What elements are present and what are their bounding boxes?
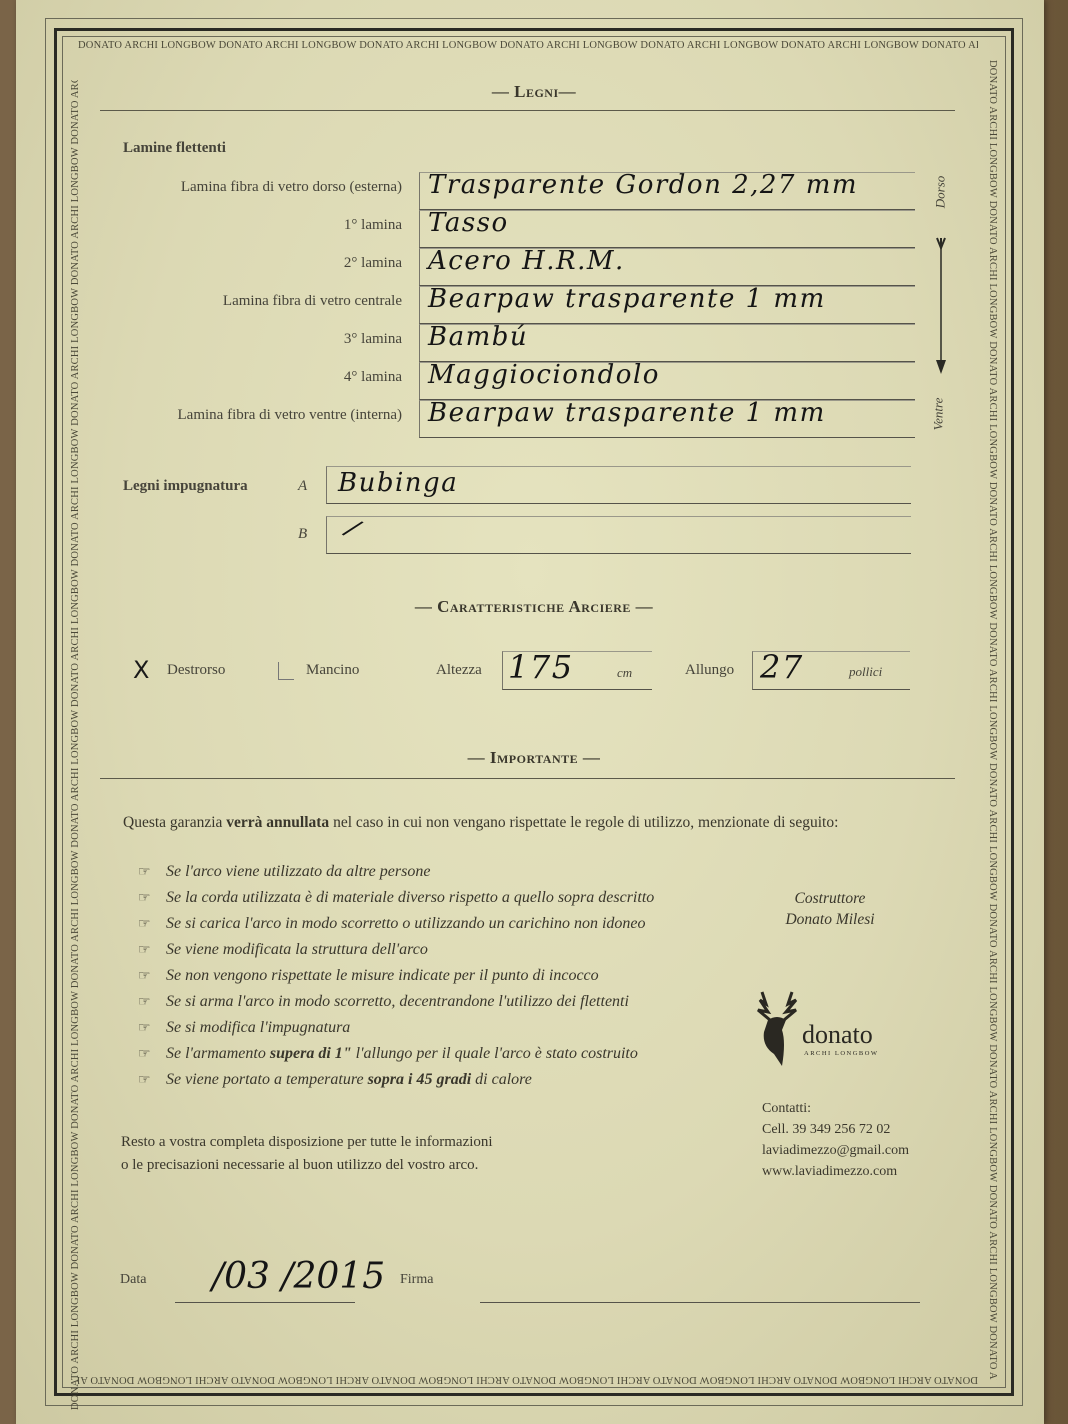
intro-text: Questa garanzia [123, 814, 226, 831]
rule-bold: supera di 1" [270, 1045, 352, 1062]
warranty-rule: ☞Se viene portato a temperature sopra i … [138, 1069, 654, 1095]
rule-text: Se non vengono rispettate le misure indi… [166, 967, 599, 984]
contacts-heading: Contatti: [762, 1098, 909, 1119]
lamina-label: 2° lamina [344, 255, 402, 272]
firma-label: Firma [400, 1272, 433, 1288]
costruttore-name: Donato Milesi [760, 909, 900, 930]
data-value[interactable]: /03 /2015 [212, 1256, 385, 1297]
brand-logo: donato ARCHI LONGBOW [752, 990, 912, 1070]
section-title-caratteristiche: — Caratteristiche Arciere — [0, 597, 1068, 617]
destrorso-label: Destrorso [167, 662, 225, 679]
impugnatura-a-label: A [298, 478, 307, 495]
closing-line-1: Resto a vostra completa disposizione per… [121, 1134, 493, 1151]
lamina-value: Tasso [428, 208, 509, 238]
pointing-hand-icon: ☞ [138, 888, 160, 910]
rule-text: Se l'arco viene utilizzato da altre pers… [166, 863, 430, 880]
lamina-label: 1° lamina [344, 217, 402, 234]
contacts-email[interactable]: laviadimezzo@gmail.com [762, 1140, 909, 1161]
section-divider [100, 110, 955, 111]
warranty-rule: ☞Se viene modificata la struttura dell'a… [138, 939, 654, 965]
intro-bold: verrà annullata [226, 814, 329, 831]
logo-name: donato [802, 1020, 873, 1050]
warranty-rule: ☞Se l'armamento supera di 1" l'allungo p… [138, 1043, 654, 1069]
pointing-hand-icon: ☞ [138, 992, 160, 1014]
altezza-value: 175 [508, 648, 574, 686]
lamina-label: Lamina fibra di vetro centrale [223, 293, 402, 310]
rule-text: Se viene modificata la struttura dell'ar… [166, 941, 428, 958]
section-title-importante: — Importante — [0, 748, 1068, 768]
lamina-value: Acero H.R.M. [428, 246, 625, 276]
direction-indicator: Dorso Ventre [930, 170, 952, 440]
lamina-value: Maggiociondolo [428, 360, 660, 390]
border-text-left: DONATO ARCHI LONGBOW DONATO ARCHI LONGBO… [70, 80, 84, 1410]
lamina-label: Lamina fibra di vetro dorso (esterna) [181, 179, 402, 196]
pointing-hand-icon: ☞ [138, 1044, 160, 1066]
contacts-website[interactable]: www.laviadimezzo.com [762, 1161, 909, 1182]
warranty-rule: ☞Se si arma l'arco in modo scorretto, de… [138, 991, 654, 1017]
rule-text: Se si arma l'arco in modo scorretto, dec… [166, 993, 629, 1010]
lamina-label: Lamina fibra di vetro ventre (interna) [178, 407, 402, 424]
impugnatura-b-field[interactable] [326, 516, 911, 554]
pointing-hand-icon: ☞ [138, 966, 160, 988]
pointing-hand-icon: ☞ [138, 1018, 160, 1040]
pointing-hand-icon: ☞ [138, 1070, 160, 1092]
firma-line[interactable] [480, 1302, 920, 1303]
warranty-rule: ☞Se la corda utilizzata è di materiale d… [138, 887, 654, 913]
data-label: Data [120, 1272, 146, 1288]
rule-text: Se l'armamento [166, 1045, 270, 1062]
lamina-value: Bearpaw trasparente 1 mm [428, 398, 826, 428]
deer-head-icon [752, 990, 802, 1070]
contacts-cell: Cell. 39 349 256 72 02 [762, 1119, 909, 1140]
warranty-rules-list: ☞Se l'arco viene utilizzato da altre per… [138, 861, 654, 1095]
warranty-rule: ☞Se l'arco viene utilizzato da altre per… [138, 861, 654, 887]
mancino-checkbox[interactable] [278, 662, 294, 680]
rule-text: Se viene portato a temperature [166, 1071, 368, 1088]
pointing-hand-icon: ☞ [138, 940, 160, 962]
rule-text-end: l'allungo per il quale l'arco è stato co… [352, 1045, 638, 1062]
impugnatura-b-label: B [298, 526, 307, 543]
section-divider [100, 778, 955, 779]
lamina-value: Bambú [428, 322, 528, 352]
data-line [175, 1302, 355, 1303]
section-title-legni: — Legni— [0, 82, 1068, 102]
allungo-unit: pollici [849, 664, 882, 680]
ventre-label: Ventre [930, 398, 946, 431]
border-text-top: DONATO ARCHI LONGBOW DONATO ARCHI LONGBO… [78, 40, 978, 51]
warranty-rule: ☞Se si carica l'arco in modo scorretto o… [138, 913, 654, 939]
impugnatura-a-value: Bubinga [338, 468, 458, 498]
rule-text-end: di calore [471, 1071, 532, 1088]
impugnatura-heading: Legni impugnatura [123, 478, 248, 495]
intro-text-end: nel caso in cui non vengano rispettate l… [329, 814, 838, 831]
lamina-label: 4° lamina [344, 369, 402, 386]
altezza-unit: cm [617, 665, 632, 681]
pointing-hand-icon: ☞ [138, 862, 160, 884]
logo-subtitle: ARCHI LONGBOW [804, 1050, 879, 1057]
destrorso-checkbox[interactable]: X [133, 656, 149, 684]
mancino-label: Mancino [306, 662, 359, 679]
border-text-right: DONATO ARCHI LONGBOW DONATO ARCHI LONGBO… [984, 60, 998, 1380]
costruttore-block: Costruttore Donato Milesi [760, 888, 900, 930]
lamine-heading: Lamine flettenti [123, 140, 226, 157]
rule-bold: sopra i 45 gradi [368, 1071, 472, 1088]
lamina-value: Bearpaw trasparente 1 mm [428, 284, 826, 314]
altezza-label: Altezza [436, 662, 482, 679]
lamina-value: Trasparente Gordon 2,27 mm [428, 170, 858, 200]
costruttore-title: Costruttore [760, 888, 900, 909]
warranty-rule: ☞Se non vengono rispettate le misure ind… [138, 965, 654, 991]
contacts-block: Contatti: Cell. 39 349 256 72 02 laviadi… [762, 1098, 909, 1182]
warranty-rule: ☞Se si modifica l'impugnatura [138, 1017, 654, 1043]
rule-text: Se si modifica l'impugnatura [166, 1019, 350, 1036]
border-text-bottom: DONATO ARCHI LONGBOW DONATO ARCHI LONGBO… [78, 1374, 978, 1385]
warranty-intro: Questa garanzia verrà annullata nel caso… [123, 814, 838, 832]
rule-text: Se la corda utilizzata è di materiale di… [166, 889, 654, 906]
closing-line-2: o le precisazioni necessarie al buon uti… [121, 1157, 478, 1174]
allungo-value: 27 [760, 648, 804, 686]
allungo-label: Allungo [685, 662, 734, 679]
rule-text: Se si carica l'arco in modo scorretto o … [166, 915, 646, 932]
pointing-hand-icon: ☞ [138, 914, 160, 936]
lamina-label: 3° lamina [344, 331, 402, 348]
